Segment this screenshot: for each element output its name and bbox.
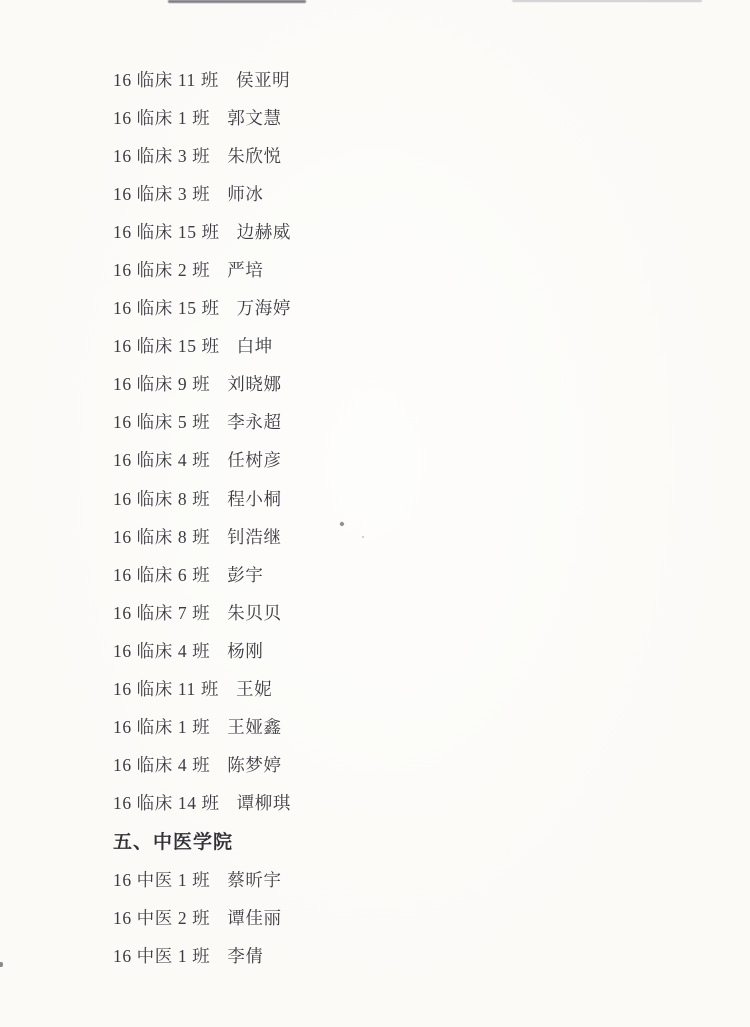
student-name: 王妮 <box>236 676 272 701</box>
roster-row: 16 临床 6 班 彭宇 <box>113 555 291 593</box>
class-label: 16 临床 9 班 <box>113 371 210 396</box>
scanned-page: 16 临床 11 班 侯亚明 16 临床 1 班 郭文慧 16 临床 3 班 朱… <box>0 0 750 1027</box>
class-label: 16 临床 4 班 <box>113 638 210 663</box>
scan-edge-artifact-dark <box>168 0 306 3</box>
class-label: 16 临床 2 班 <box>113 257 210 282</box>
roster-row: 16 临床 2 班 严培 <box>113 250 291 288</box>
student-name: 李永超 <box>227 409 281 434</box>
roster-row: 16 临床 1 班 郭文慧 <box>113 98 291 136</box>
class-label: 16 临床 1 班 <box>113 105 210 130</box>
student-roster-list: 16 临床 11 班 侯亚明 16 临床 1 班 郭文慧 16 临床 3 班 朱… <box>113 60 291 974</box>
student-name: 谭佳丽 <box>227 905 281 930</box>
class-label: 16 临床 11 班 <box>113 676 219 701</box>
class-label: 16 临床 6 班 <box>113 562 210 587</box>
roster-row: 16 临床 15 班 万海婷 <box>113 289 291 327</box>
class-label: 16 中医 2 班 <box>113 905 210 930</box>
roster-row: 16 临床 11 班 王妮 <box>113 670 291 708</box>
student-name: 朱贝贝 <box>227 600 281 625</box>
class-label: 16 临床 11 班 <box>113 67 219 92</box>
scan-speck <box>0 962 3 967</box>
roster-row: 16 临床 4 班 任树彦 <box>113 441 291 479</box>
class-label: 16 临床 4 班 <box>113 447 210 472</box>
student-name: 严培 <box>227 257 263 282</box>
class-label: 16 临床 5 班 <box>113 409 210 434</box>
student-name: 师冰 <box>227 181 263 206</box>
student-name: 程小桐 <box>227 486 281 511</box>
roster-row: 16 临床 15 班 白坤 <box>113 327 291 365</box>
class-label: 16 临床 15 班 <box>113 219 220 244</box>
scan-speck <box>339 521 345 527</box>
student-name: 陈梦婷 <box>227 752 281 777</box>
class-label: 16 临床 8 班 <box>113 524 210 549</box>
student-name: 任树彦 <box>227 447 281 472</box>
student-name: 杨刚 <box>227 638 263 663</box>
roster-row: 16 临床 15 班 边赫威 <box>113 212 291 250</box>
section-header-label: 五、中医学院 <box>113 827 233 854</box>
roster-row: 16 临床 7 班 朱贝贝 <box>113 593 291 631</box>
roster-row: 16 中医 2 班 谭佳丽 <box>113 898 291 936</box>
class-label: 16 临床 4 班 <box>113 752 210 777</box>
student-name: 侯亚明 <box>236 67 290 92</box>
roster-row: 16 中医 1 班 蔡昕宇 <box>113 860 291 898</box>
student-name: 刘晓娜 <box>227 371 281 396</box>
roster-row: 16 临床 8 班 程小桐 <box>113 479 291 517</box>
roster-row: 16 临床 5 班 李永超 <box>113 403 291 441</box>
class-label: 16 临床 15 班 <box>113 295 220 320</box>
roster-row: 16 临床 3 班 师冰 <box>113 174 291 212</box>
class-label: 16 临床 3 班 <box>113 181 210 206</box>
student-name: 彭宇 <box>227 562 263 587</box>
class-label: 16 临床 1 班 <box>113 714 210 739</box>
roster-row: 16 临床 9 班 刘晓娜 <box>113 365 291 403</box>
student-name: 钊浩继 <box>227 524 281 549</box>
roster-row: 16 临床 8 班 钊浩继 <box>113 517 291 555</box>
roster-row: 16 临床 4 班 杨刚 <box>113 631 291 669</box>
student-name: 郭文慧 <box>227 105 281 130</box>
roster-row: 16 临床 4 班 陈梦婷 <box>113 746 291 784</box>
class-label: 16 临床 14 班 <box>113 790 220 815</box>
roster-row: 16 临床 11 班 侯亚明 <box>113 60 291 98</box>
roster-row: 16 临床 3 班 朱欣悦 <box>113 136 291 174</box>
class-label: 16 临床 15 班 <box>113 333 220 358</box>
class-label: 16 中医 1 班 <box>113 943 210 968</box>
student-name: 谭柳琪 <box>237 790 291 815</box>
student-name: 白坤 <box>237 333 273 358</box>
student-name: 朱欣悦 <box>227 143 281 168</box>
scan-speck <box>362 536 364 538</box>
student-name: 万海婷 <box>237 295 291 320</box>
student-name: 王娅鑫 <box>227 714 281 739</box>
scan-edge-artifact-light <box>512 0 702 2</box>
student-name: 边赫威 <box>237 219 291 244</box>
class-label: 16 临床 3 班 <box>113 143 210 168</box>
class-label: 16 中医 1 班 <box>113 867 210 892</box>
roster-row: 16 临床 1 班 王娅鑫 <box>113 708 291 746</box>
student-name: 蔡昕宇 <box>227 867 281 892</box>
class-label: 16 临床 8 班 <box>113 486 210 511</box>
roster-row: 16 临床 14 班 谭柳琪 <box>113 784 291 822</box>
section-header-tcm-college: 五、中医学院 <box>113 822 291 860</box>
roster-row: 16 中医 1 班 李倩 <box>113 936 291 974</box>
class-label: 16 临床 7 班 <box>113 600 210 625</box>
student-name: 李倩 <box>227 943 263 968</box>
